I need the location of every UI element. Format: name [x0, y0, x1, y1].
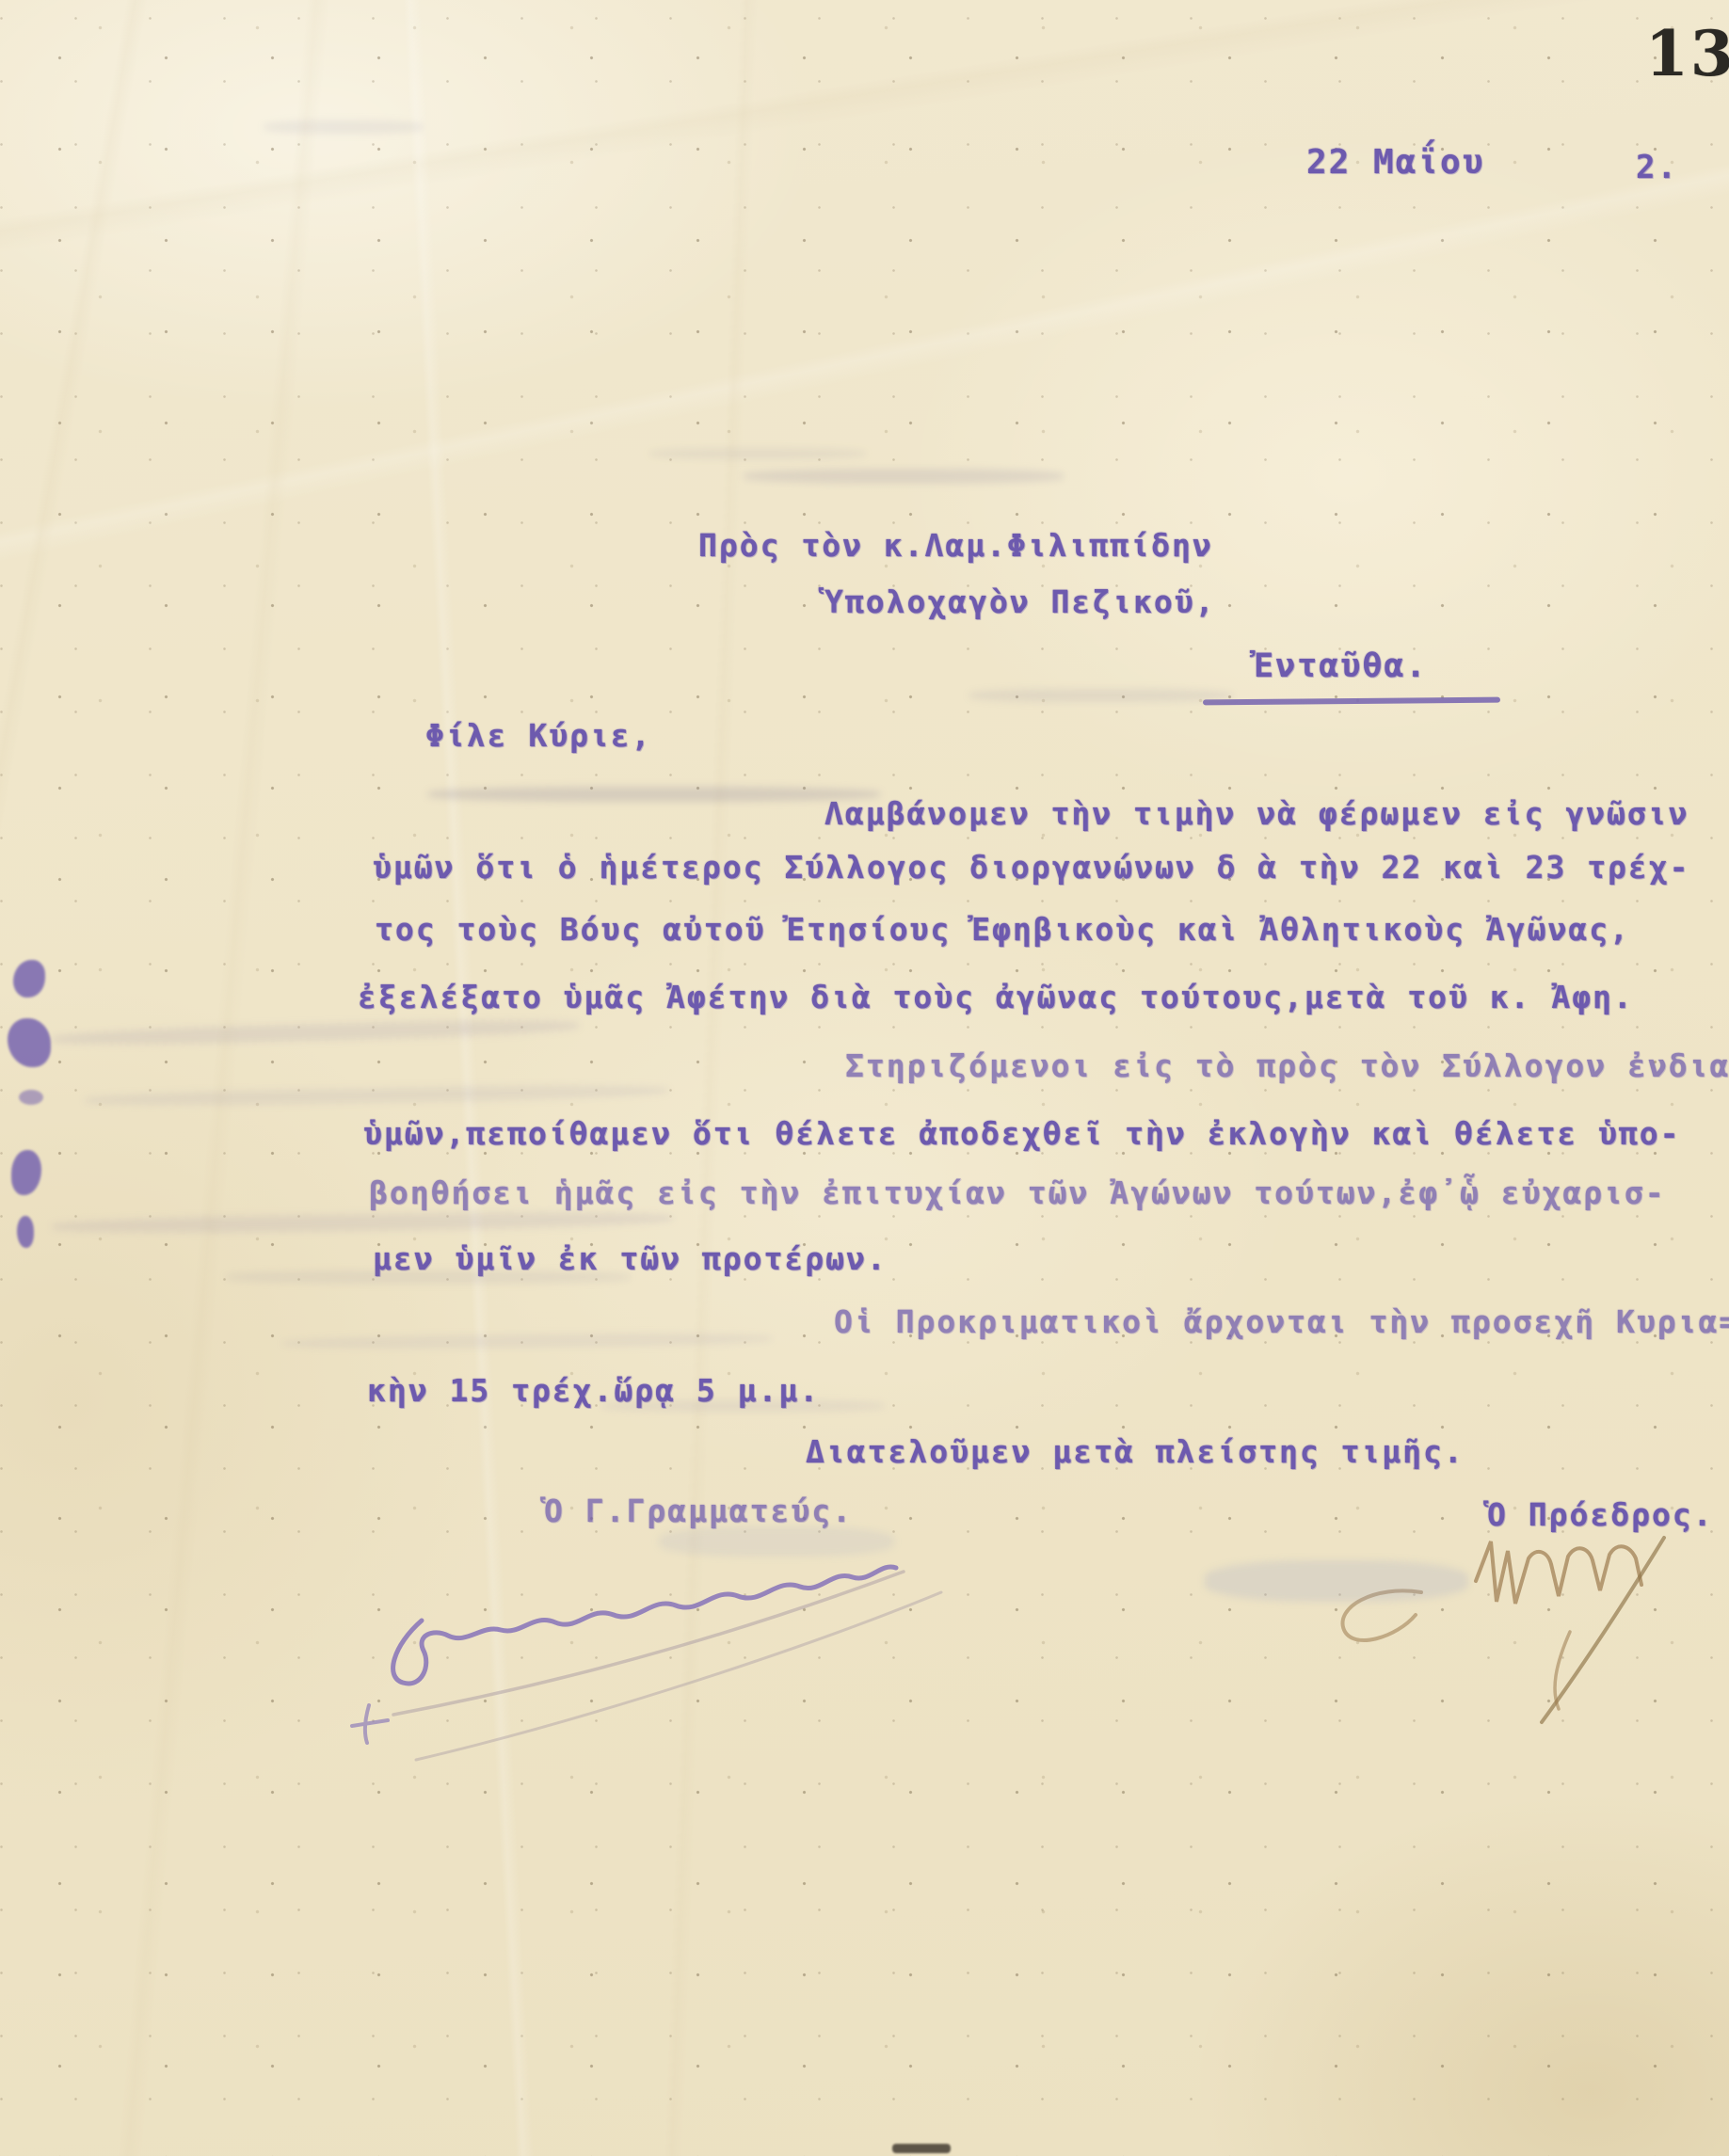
page-marker: 2. — [1636, 149, 1678, 186]
bleed-through-smudge — [1205, 1560, 1468, 1602]
body-line: ἐξελέξατο ὑμᾶς Ἀφέτην διὰ τοὺς ἀγῶνας το… — [358, 979, 1634, 1015]
body-line: τος τοὺς Βόυς αὐτοῦ Ἐτησίους Ἐφηβικοὺς κ… — [375, 911, 1630, 948]
bleed-through-smudge — [226, 1270, 631, 1284]
margin-ink-blob — [17, 1216, 34, 1248]
bleed-through-smudge — [282, 1332, 772, 1349]
bleed-through-smudge — [649, 448, 866, 459]
salutation: Φίλε Κύριε, — [425, 717, 652, 754]
bleed-through-smudge — [428, 787, 880, 802]
bottom-edge-mark — [892, 2144, 951, 2153]
secretary-title: Ὁ Γ.Γραμματεύς. — [544, 1493, 853, 1529]
valediction: Διατελοῦμεν μετὰ πλείστης τιμῆς. — [806, 1433, 1465, 1470]
body-line: Λαμβάνομεν τὴν τιμὴν νὰ φέρωμεν εἰς γνῶσ… — [824, 795, 1689, 832]
recipient-line: Ὑπολοχαγὸν Πεζικοῦ, — [824, 583, 1216, 620]
margin-ink-blob — [8, 1018, 51, 1067]
body-line: ὑμῶν ὅτι ὁ ἡμέτερος Σύλλογος διοργανώνων… — [373, 849, 1690, 886]
body-line: ὑμῶν,πεποίθαμεν ὅτι θέλετε ἀποδεχθεῖ τὴν… — [363, 1115, 1681, 1152]
bleed-through-smudge — [969, 689, 1233, 702]
bleed-through-smudge — [264, 120, 424, 134]
letter-page: 135 22 Μαΐου 2. Πρὸς τὸν κ.Λαμ.Φιλιππίδη… — [0, 0, 1729, 2156]
bleed-through-smudge — [52, 1017, 579, 1048]
margin-ink-blob — [13, 960, 45, 998]
date-text: 22 Μαΐου — [1306, 143, 1484, 182]
recipient-line-place: Ἐνταῦθα. — [1254, 647, 1428, 685]
page-number: 135 — [1645, 17, 1729, 90]
body-line: βοηθήσει ἡμᾶς εἰς τὴν ἐπιτυχίαν τῶν Ἀγών… — [369, 1174, 1666, 1211]
entautha-underline — [1203, 697, 1500, 706]
bleed-through-smudge — [85, 1083, 668, 1109]
body-line: Στηριζόμενοι εἰς τὸ πρὸς τὸν Σύλλογον ἐν… — [845, 1047, 1729, 1084]
recipient-line: Πρὸς τὸν κ.Λαμ.Φιλιππίδην — [698, 527, 1213, 564]
secretary-signature — [282, 1534, 1073, 1797]
margin-ink-blob — [19, 1090, 43, 1105]
bleed-through-smudge — [602, 1400, 885, 1412]
bleed-through-smudge — [659, 1526, 894, 1557]
margin-ink-blob — [11, 1150, 41, 1195]
bleed-through-smudge — [744, 469, 1064, 484]
bleed-through-smudge — [52, 1209, 673, 1235]
president-signature — [1318, 1506, 1713, 1741]
body-line: Οἱ Προκριματικοὶ ἄρχονται τὴν προσεχῆ Κυ… — [834, 1303, 1729, 1340]
